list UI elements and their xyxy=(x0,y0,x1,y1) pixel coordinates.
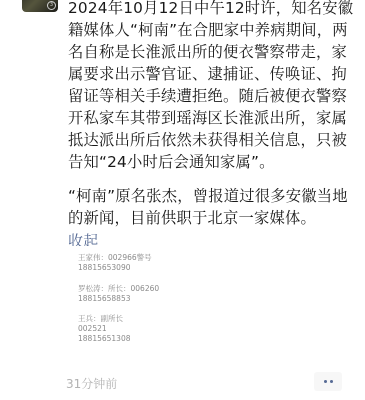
author-avatar[interactable]: 3 xyxy=(22,0,58,12)
attached-image[interactable]: 王家伟：002966警号 18815653090 罗松涛：所长：006260 1… xyxy=(68,246,268,358)
contact-id-line: 002521 xyxy=(78,324,131,334)
contact-name-line: 罗松涛：所长：006260 xyxy=(78,284,159,294)
ellipsis-icon xyxy=(324,380,327,383)
contact-phone-line: 18815653090 xyxy=(78,263,152,273)
post-timestamp: 31分钟前 xyxy=(66,376,117,392)
post-paragraph-2: “柯南”原名张杰，曾报道过很多安徽当地的新闻，目前供职于北京一家媒体。 xyxy=(68,185,358,229)
contact-phone-line: 18815651308 xyxy=(78,334,131,344)
contact-entry: 王兵：副所长 002521 18815651308 xyxy=(78,314,131,344)
contact-entry: 罗松涛：所长：006260 18815658853 xyxy=(78,284,159,304)
contact-entry: 王家伟：002966警号 18815653090 xyxy=(78,253,152,273)
contact-phone-line: 18815658853 xyxy=(78,294,159,304)
avatar-badge: 3 xyxy=(47,1,56,10)
post-paragraph-1: 2024年10月12日中午12时许，知名安徽籍媒体人“柯南”在合肥家中养病期间，… xyxy=(68,0,358,173)
ellipsis-icon xyxy=(330,380,333,383)
contact-name-line: 王家伟：002966警号 xyxy=(78,253,152,263)
more-actions-button[interactable] xyxy=(314,372,342,391)
contact-name-line: 王兵：副所长 xyxy=(78,314,131,324)
post-content: 2024年10月12日中午12时许，知名安徽籍媒体人“柯南”在合肥家中养病期间，… xyxy=(68,0,358,252)
